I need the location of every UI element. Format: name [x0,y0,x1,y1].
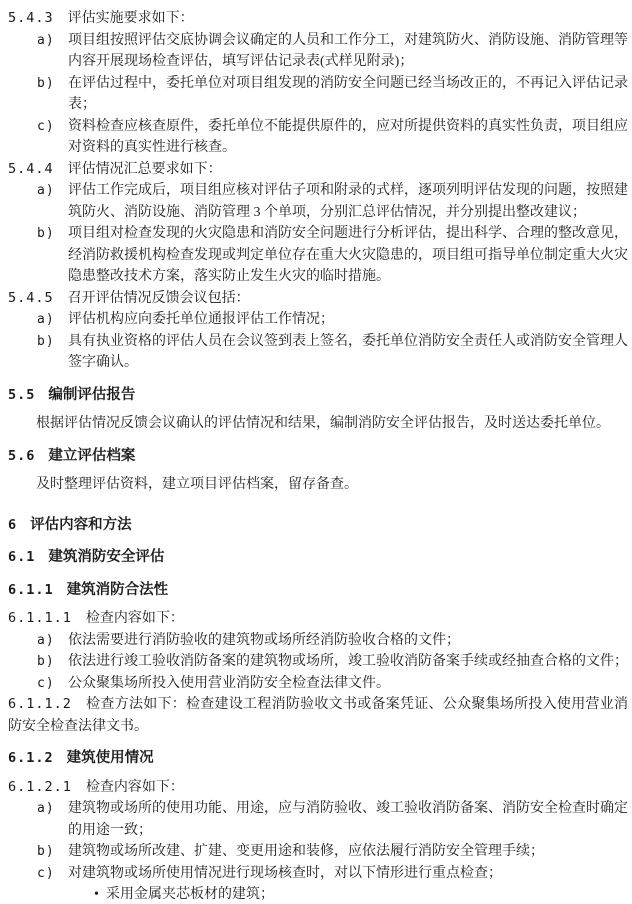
list-item: b)在评估过程中，委托单位对项目组发现的消防安全问题已经当场改正的，不再记入评估… [8,73,628,116]
clause-number: 6.1.1.1 [8,610,72,626]
list-item-label: a) [37,630,55,652]
list-item-text: 公众聚集场所投入使用营业消防安全检查法律文件。 [68,676,390,691]
clause-number: 5.4.3 [8,10,54,26]
heading-number: 6.1 [8,549,35,565]
clause-number: 6.1.1.2 [8,696,72,712]
list-item: a)评估工作完成后，项目组应核对评估子项和附录的式样，逐项列明评估发现的问题，按… [8,180,628,223]
list-item-label: c) [37,863,55,885]
section-heading-5-5: 5.5编制评估报告 [8,385,628,407]
list-item: a)建筑物或场所的使用功能、用途，应与消防验收、竣工验收消防备案、消防安全检查时… [8,798,628,841]
bullet-item: •采用金属夹芯板材的建筑； [8,884,628,904]
heading-number: 6.1.2 [8,750,54,766]
list-item: b)具有执业资格的评估人员在会议签到表上签名，委托单位消防安全责任人或消防安全管… [8,331,628,374]
list-item: a)评估机构应向委托单位通报评估工作情况； [8,309,628,331]
heading-text: 建筑使用情况 [67,750,154,766]
clause-text: 评估实施要求如下： [68,11,194,26]
section-heading-6-1-1: 6.1.1建筑消防合法性 [8,580,628,602]
list-item-text: 建筑物或场所改建、扩建、变更用途和装修，应依法履行消防安全管理手续； [68,844,544,859]
section-heading-6-1-2: 6.1.2建筑使用情况 [8,748,628,770]
list-item-text: 对建筑物或场所使用情况进行现场核查时，对以下情形进行重点检查； [68,866,502,881]
list-item-label: c) [37,116,55,138]
section-heading-5-6: 5.6建立评估档案 [8,446,628,468]
heading-number: 6.1.1 [8,582,54,598]
list-item-label: b) [37,331,55,353]
heading-text: 建筑消防合法性 [67,582,169,598]
list-item-label: b) [37,651,55,673]
list-item-label: c) [37,673,55,695]
clause-number: 5.4.5 [8,290,54,306]
list-item-text: 依法需要进行消防验收的建筑物或场所经消防验收合格的文件； [68,633,460,648]
clause-number: 5.4.4 [8,161,54,177]
list-item: c)公众聚集场所投入使用营业消防安全检查法律文件。 [8,673,628,695]
section-heading-6-1: 6.1建筑消防安全评估 [8,547,628,569]
list-item-label: a) [37,798,55,820]
clause-text: 检查内容如下： [86,780,184,795]
list-item-label: b) [37,223,55,245]
list-item: a)项目组按照评估交底协调会议确定的人员和工作分工，对建筑防火、消防设施、消防管… [8,30,628,73]
list-item-label: b) [37,73,55,95]
heading-text: 建立评估档案 [48,448,135,464]
clause-number: 6.1.2.1 [8,779,72,795]
list-item-text: 在评估过程中，委托单位对项目组发现的消防安全问题已经当场改正的，不再记入评估记录… [68,76,628,113]
document-page: 5.4.3评估实施要求如下： a)项目组按照评估交底协调会议确定的人员和工作分工… [0,0,632,904]
list-item-label: a) [37,30,55,52]
paragraph: 根据评估情况反馈会议确认的评估情况和结果，编制消防安全评估报告，及时送达委托单位… [8,413,628,435]
list-item-text: 评估机构应向委托单位通报评估工作情况； [68,312,334,327]
clause-text: 评估情况汇总要求如下： [68,162,222,177]
clause-text: 召开评估情况反馈会议包括： [68,291,250,306]
list-item: c)对建筑物或场所使用情况进行现场核查时，对以下情形进行重点检查； [8,863,628,885]
list-item-text: 建筑物或场所的使用功能、用途，应与消防验收、竣工验收消防备案、消防安全检查时确定… [68,801,628,838]
list-item: c)资料检查应核查原件，委托单位不能提供原件的，应对所提供资料的真实性负责，项目… [8,116,628,159]
list-item-label: a) [37,180,55,202]
list-item-text: 依法进行竣工验收消防备案的建筑物或场所，竣工验收消防备案手续或经抽查合格的文件； [68,654,628,669]
list-item: a)依法需要进行消防验收的建筑物或场所经消防验收合格的文件； [8,630,628,652]
clause-5-4-5: 5.4.5召开评估情况反馈会议包括： [8,288,628,310]
clause-6-1-2-1: 6.1.2.1检查内容如下： [8,777,628,799]
list-item: b)依法进行竣工验收消防备案的建筑物或场所，竣工验收消防备案手续或经抽查合格的文… [8,651,628,673]
clause-6-1-1-1: 6.1.1.1检查内容如下： [8,608,628,630]
list-item-label: b) [37,841,55,863]
clause-text: 检查内容如下： [86,611,184,626]
clause-text: 检查方法如下：检查建设工程消防验收文书或备案凭证、公众聚集场所投入使用营业消防安… [8,697,628,734]
clause-5-4-4: 5.4.4评估情况汇总要求如下： [8,159,628,181]
heading-text: 建筑消防安全评估 [48,549,164,565]
list-item-text: 具有执业资格的评估人员在会议签到表上签名，委托单位消防安全责任人或消防安全管理人… [68,334,628,371]
clause-6-1-1-2: 6.1.1.2检查方法如下：检查建设工程消防验收文书或备案凭证、公众聚集场所投入… [8,694,628,737]
section-heading-6: 6评估内容和方法 [8,515,628,537]
bullet-text: 采用金属夹芯板材的建筑； [106,887,274,902]
list-item-text: 项目组按照评估交底协调会议确定的人员和工作分工，对建筑防火、消防设施、消防管理等… [68,33,628,70]
clause-5-4-3: 5.4.3评估实施要求如下： [8,8,628,30]
list-item: b)建筑物或场所改建、扩建、变更用途和装修，应依法履行消防安全管理手续； [8,841,628,863]
list-item-text: 评估工作完成后，项目组应核对评估子项和附录的式样，逐项列明评估发现的问题，按照建… [68,183,628,220]
heading-number: 5.6 [8,448,35,464]
list-item-label: a) [37,309,55,331]
list-item: b)项目组对检查发现的火灾隐患和消防安全问题进行分析评估，提出科学、合理的整改意… [8,223,628,288]
heading-text: 评估内容和方法 [30,517,132,533]
list-item-text: 资料检查应核查原件，委托单位不能提供原件的，应对所提供资料的真实性负责，项目组应… [68,119,628,156]
heading-number: 5.5 [8,387,35,403]
bullet-icon: • [94,884,99,904]
heading-text: 编制评估报告 [48,387,135,403]
paragraph: 及时整理评估资料，建立项目评估档案，留存备查。 [8,474,628,496]
list-item-text: 项目组对检查发现的火灾隐患和消防安全问题进行分析评估，提出科学、合理的整改意见，… [68,226,628,284]
heading-number: 6 [8,517,17,533]
